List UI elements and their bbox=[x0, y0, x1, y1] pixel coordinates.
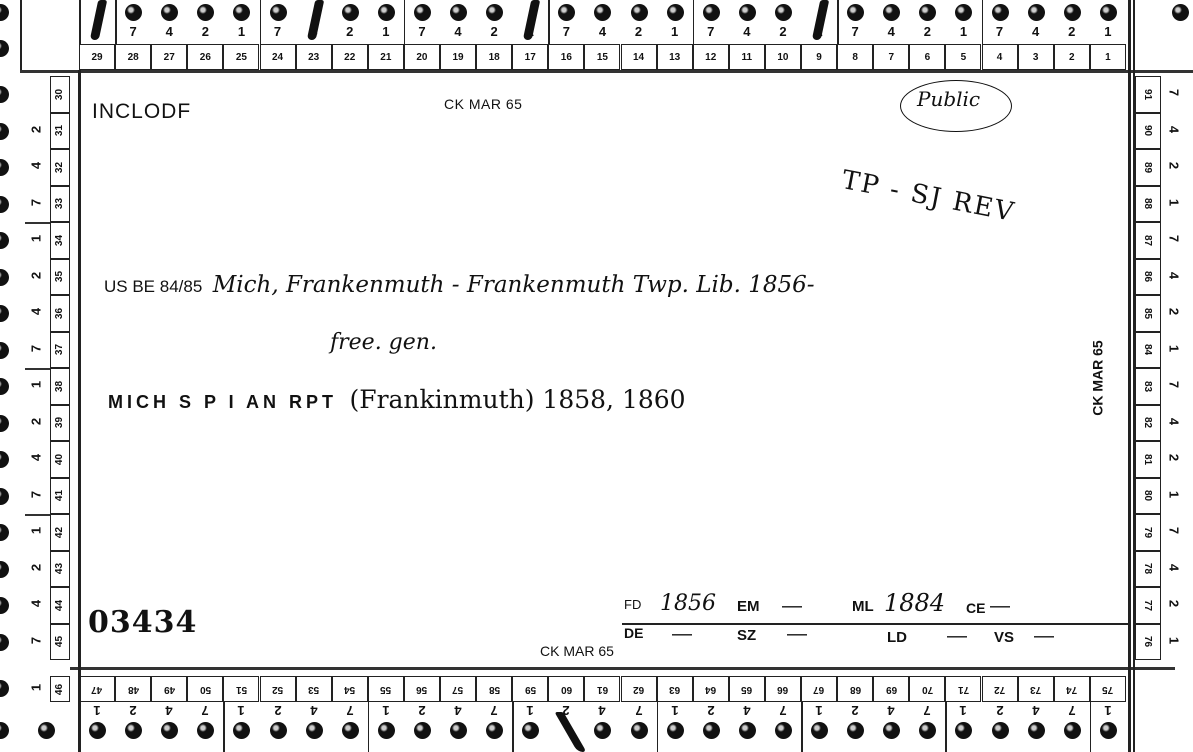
hole-code: 2 bbox=[1062, 24, 1082, 39]
column-number: 61 bbox=[597, 684, 608, 695]
punch-hole-icon bbox=[342, 722, 359, 739]
punch-hole-icon bbox=[919, 722, 936, 739]
hole-code: 1 bbox=[376, 24, 396, 39]
column-number-box: 49 bbox=[151, 676, 187, 702]
punch-hole-icon bbox=[378, 722, 395, 739]
group-divider bbox=[945, 702, 947, 752]
public-note: Public bbox=[900, 80, 1012, 132]
column-number-box: 23 bbox=[296, 44, 332, 70]
column-number-box: 58 bbox=[476, 676, 512, 702]
column-number-box: 29 bbox=[79, 44, 115, 70]
hole-code: 2 bbox=[701, 703, 721, 718]
column-number-box: 14 bbox=[621, 44, 657, 70]
punch-hole-icon bbox=[378, 4, 395, 21]
column-number: 69 bbox=[886, 684, 897, 695]
group-divider bbox=[693, 0, 695, 44]
entry-line-2: free. gen. bbox=[330, 330, 437, 355]
hole-code: 1 bbox=[1167, 338, 1182, 358]
column-number: 59 bbox=[525, 684, 536, 695]
hole-code: 1 bbox=[665, 24, 685, 39]
right-border-inner bbox=[1133, 0, 1135, 752]
column-number-box: 55 bbox=[368, 676, 404, 702]
public-note-text: Public bbox=[917, 87, 980, 111]
column-number-box: 69 bbox=[873, 676, 909, 702]
punch-hole-icon bbox=[342, 4, 359, 21]
column-number-box: 12 bbox=[693, 44, 729, 70]
hole-code: 4 bbox=[737, 703, 757, 718]
column-number-box: 73 bbox=[1018, 676, 1054, 702]
hole-code: 1 bbox=[1167, 192, 1182, 212]
punch-hole-icon bbox=[955, 722, 972, 739]
column-number: 44 bbox=[55, 600, 66, 611]
hole-code: 2 bbox=[29, 119, 44, 139]
punch-hole-icon bbox=[0, 305, 9, 322]
column-number-box: 90 bbox=[1135, 113, 1161, 150]
punch-hole-icon bbox=[486, 4, 503, 21]
column-number-box: 30 bbox=[50, 76, 70, 113]
punch-hole-icon bbox=[0, 86, 9, 103]
column-number-box: 41 bbox=[50, 478, 70, 515]
edge-line bbox=[20, 0, 22, 70]
column-number: 87 bbox=[1143, 235, 1154, 246]
hole-code: 4 bbox=[448, 703, 468, 718]
column-number-box: 47 bbox=[79, 676, 115, 702]
column-number: 74 bbox=[1066, 684, 1077, 695]
hole-code: 4 bbox=[1026, 703, 1046, 718]
column-number-box: 32 bbox=[50, 149, 70, 186]
column-number-box: 83 bbox=[1135, 368, 1161, 405]
hole-code: 2 bbox=[1167, 594, 1182, 614]
hole-code: 7 bbox=[1167, 375, 1182, 395]
hole-code: 7 bbox=[195, 703, 215, 718]
hole-code: 4 bbox=[1026, 24, 1046, 39]
hole-code: 2 bbox=[629, 24, 649, 39]
column-number: 60 bbox=[561, 684, 572, 695]
column-number: 90 bbox=[1143, 125, 1154, 136]
hole-code: 7 bbox=[1167, 83, 1182, 103]
hole-code: 7 bbox=[123, 24, 143, 39]
column-number: 77 bbox=[1143, 600, 1154, 611]
hole-code: 7 bbox=[1167, 521, 1182, 541]
group-divider bbox=[512, 702, 514, 752]
column-number-box: 45 bbox=[50, 624, 70, 661]
field-em-value: — bbox=[782, 595, 802, 618]
hole-code: 4 bbox=[592, 703, 612, 718]
column-number: 72 bbox=[994, 684, 1005, 695]
column-number-box: 62 bbox=[621, 676, 657, 702]
check-stamp-bottom: CK MAR 65 bbox=[540, 643, 614, 659]
column-number-box: 77 bbox=[1135, 587, 1161, 624]
punch-hole-icon bbox=[0, 488, 9, 505]
column-number: 84 bbox=[1143, 344, 1154, 355]
hole-code: 4 bbox=[304, 703, 324, 718]
column-number: 42 bbox=[55, 527, 66, 538]
column-number-box: 56 bbox=[404, 676, 440, 702]
punch-hole-icon bbox=[0, 561, 9, 578]
report-line-typed: MICH S P I AN RPT bbox=[108, 392, 337, 412]
punch-hole-icon bbox=[775, 4, 792, 21]
column-number: 71 bbox=[958, 684, 969, 695]
column-number: 51 bbox=[236, 684, 247, 695]
right-border bbox=[1128, 0, 1131, 752]
column-number-box: 76 bbox=[1135, 624, 1161, 661]
column-number: 85 bbox=[1143, 308, 1154, 319]
punch-hole-icon bbox=[38, 722, 55, 739]
hole-code: 7 bbox=[556, 24, 576, 39]
entry-line1-hand: Mich, Frankenmuth - Frankenmuth Twp. Lib… bbox=[213, 272, 815, 298]
column-number-box: 25 bbox=[223, 44, 259, 70]
column-number: 34 bbox=[55, 235, 66, 246]
column-number-box: 9 bbox=[801, 44, 837, 70]
column-number-box: 82 bbox=[1135, 405, 1161, 442]
hole-code: 4 bbox=[1167, 557, 1182, 577]
column-number-box: 21 bbox=[368, 44, 404, 70]
hole-code: 2 bbox=[29, 557, 44, 577]
column-number-box: 88 bbox=[1135, 186, 1161, 223]
hole-code: 2 bbox=[484, 24, 504, 39]
hole-code: 1 bbox=[29, 229, 44, 249]
column-number: 82 bbox=[1143, 417, 1154, 428]
column-number: 70 bbox=[922, 684, 933, 695]
column-number-box: 39 bbox=[50, 405, 70, 442]
group-divider bbox=[25, 222, 50, 224]
punch-hole-icon bbox=[0, 196, 9, 213]
hole-code: 4 bbox=[29, 448, 44, 468]
column-number: 43 bbox=[55, 563, 66, 574]
column-number-box: 79 bbox=[1135, 514, 1161, 551]
edge-hole-icon bbox=[1172, 4, 1189, 21]
column-number-box: 66 bbox=[765, 676, 801, 702]
hole-code: 4 bbox=[1167, 411, 1182, 431]
column-number: 89 bbox=[1143, 162, 1154, 173]
column-number: 57 bbox=[452, 684, 463, 695]
punch-hole-icon bbox=[0, 634, 9, 651]
punch-hole-icon bbox=[0, 342, 9, 359]
column-number-box: 67 bbox=[801, 676, 837, 702]
hole-code: 1 bbox=[953, 24, 973, 39]
hole-code: 1 bbox=[231, 703, 251, 718]
column-number-box: 13 bbox=[657, 44, 693, 70]
column-number-box: 34 bbox=[50, 222, 70, 259]
column-number-box: 42 bbox=[50, 514, 70, 551]
field-em-label: EM bbox=[737, 598, 760, 615]
hole-code: 1 bbox=[29, 375, 44, 395]
column-number: 35 bbox=[55, 271, 66, 282]
field-sz-value: — bbox=[787, 623, 807, 646]
column-number: 33 bbox=[55, 198, 66, 209]
column-number-box: 68 bbox=[837, 676, 873, 702]
column-number: 65 bbox=[741, 684, 752, 695]
field-vs-label: VS bbox=[994, 629, 1014, 646]
column-number: 46 bbox=[55, 683, 66, 694]
column-number-box: 74 bbox=[1054, 676, 1090, 702]
field-ld-value: — bbox=[947, 625, 967, 648]
top-border bbox=[20, 70, 1193, 73]
punch-hole-icon bbox=[775, 722, 792, 739]
punch-hole-icon bbox=[161, 722, 178, 739]
column-number: 39 bbox=[55, 417, 66, 428]
column-number: 58 bbox=[489, 684, 500, 695]
column-number-box: 7 bbox=[873, 44, 909, 70]
hole-code: 2 bbox=[1167, 156, 1182, 176]
column-number: 47 bbox=[91, 684, 102, 695]
column-number-box: 27 bbox=[151, 44, 187, 70]
punch-hole-icon bbox=[0, 269, 9, 286]
column-number-box: 35 bbox=[50, 259, 70, 296]
hole-code: 1 bbox=[87, 703, 107, 718]
column-number-box: 4 bbox=[982, 44, 1018, 70]
hole-code: 1 bbox=[29, 521, 44, 541]
column-number-box: 15 bbox=[584, 44, 620, 70]
punch-hole-icon bbox=[0, 378, 9, 395]
hole-code: 7 bbox=[29, 484, 44, 504]
hole-code: 7 bbox=[29, 192, 44, 212]
column-number: 32 bbox=[55, 162, 66, 173]
hole-code: 2 bbox=[412, 703, 432, 718]
punch-hole-icon bbox=[955, 4, 972, 21]
hole-code: 4 bbox=[1167, 265, 1182, 285]
column-number: 40 bbox=[55, 454, 66, 465]
punch-hole-icon bbox=[1028, 4, 1045, 21]
column-number: 31 bbox=[55, 125, 66, 136]
punch-hole-icon bbox=[450, 722, 467, 739]
field-fd-label: FD bbox=[624, 597, 641, 612]
hole-code: 2 bbox=[773, 24, 793, 39]
column-number-box: 57 bbox=[440, 676, 476, 702]
punch-hole-icon bbox=[847, 722, 864, 739]
column-number-box: 3 bbox=[1018, 44, 1054, 70]
hole-code: 4 bbox=[881, 703, 901, 718]
group-divider bbox=[260, 0, 262, 44]
punch-hole-icon bbox=[161, 4, 178, 21]
punch-hole-icon bbox=[0, 415, 9, 432]
group-divider bbox=[982, 0, 984, 44]
punch-hole-icon bbox=[919, 4, 936, 21]
check-stamp-side: CK MAR 65 bbox=[1090, 340, 1106, 415]
left-border bbox=[78, 70, 81, 752]
report-line: MICH S P I AN RPT (Frankinmuth) 1858, 18… bbox=[108, 385, 686, 414]
column-number-box: 80 bbox=[1135, 478, 1161, 515]
hole-code: 7 bbox=[340, 703, 360, 718]
column-number-box: 50 bbox=[187, 676, 223, 702]
punch-hole-icon bbox=[667, 722, 684, 739]
hole-code: 7 bbox=[917, 703, 937, 718]
edge-hole-icon bbox=[0, 4, 9, 21]
field-ld-label: LD bbox=[887, 629, 907, 646]
hole-code: 7 bbox=[990, 24, 1010, 39]
hole-code: 2 bbox=[195, 24, 215, 39]
bottom-border bbox=[70, 667, 1175, 670]
hole-code: 1 bbox=[809, 24, 829, 39]
punch-hole-icon bbox=[89, 722, 106, 739]
column-number-box: 8 bbox=[837, 44, 873, 70]
column-number-box: 85 bbox=[1135, 295, 1161, 332]
edge-hole-icon bbox=[0, 40, 9, 57]
column-number-box: 36 bbox=[50, 295, 70, 332]
hole-code: 2 bbox=[340, 24, 360, 39]
hole-code: 1 bbox=[1098, 703, 1118, 718]
column-number-box: 87 bbox=[1135, 222, 1161, 259]
column-number-box: 33 bbox=[50, 186, 70, 223]
column-number: 78 bbox=[1143, 563, 1154, 574]
hole-code: 4 bbox=[1167, 119, 1182, 139]
hole-code: 2 bbox=[1167, 302, 1182, 322]
hole-code: 4 bbox=[29, 594, 44, 614]
hole-code: 1 bbox=[1167, 630, 1182, 650]
column-number-box: 37 bbox=[50, 332, 70, 369]
column-number-box: 64 bbox=[693, 676, 729, 702]
column-number-box: 89 bbox=[1135, 149, 1161, 186]
column-number: 73 bbox=[1030, 684, 1041, 695]
column-number-box: 11 bbox=[729, 44, 765, 70]
hole-code: 1 bbox=[953, 703, 973, 718]
column-number: 81 bbox=[1143, 454, 1154, 465]
punch-hole-icon bbox=[1064, 4, 1081, 21]
hole-code: 1 bbox=[376, 703, 396, 718]
group-divider bbox=[115, 0, 117, 44]
punch-hole-icon bbox=[0, 524, 9, 541]
group-divider bbox=[25, 368, 50, 370]
column-number: 45 bbox=[55, 636, 66, 647]
group-divider bbox=[223, 702, 225, 752]
hole-code: 4 bbox=[159, 24, 179, 39]
group-divider bbox=[368, 702, 370, 752]
punch-hole-icon bbox=[0, 232, 9, 249]
hole-code: 1 bbox=[665, 703, 685, 718]
punch-hole-icon bbox=[270, 722, 287, 739]
punch-hole-icon bbox=[414, 4, 431, 21]
punch-hole-icon bbox=[125, 4, 142, 21]
punch-hole-icon bbox=[811, 722, 828, 739]
punch-hole-icon bbox=[0, 123, 9, 140]
group-divider bbox=[837, 0, 839, 44]
column-number: 54 bbox=[344, 684, 355, 695]
punch-hole-icon bbox=[883, 722, 900, 739]
column-number-box: 2 bbox=[1054, 44, 1090, 70]
column-number-box: 1 bbox=[1090, 44, 1126, 70]
column-number: 50 bbox=[200, 684, 211, 695]
hole-code: 4 bbox=[29, 302, 44, 322]
fields-area: FD 1856 EM — ML 1884 CE — DE — SZ — LD —… bbox=[622, 595, 1122, 655]
column-number: 83 bbox=[1143, 381, 1154, 392]
field-fd-value: 1856 bbox=[660, 591, 716, 616]
column-number-box: 65 bbox=[729, 676, 765, 702]
column-number-box: 61 bbox=[584, 676, 620, 702]
punch-hole-icon bbox=[197, 722, 214, 739]
punch-hole-icon bbox=[667, 4, 684, 21]
column-number: 52 bbox=[272, 684, 283, 695]
punch-hole-icon bbox=[0, 159, 9, 176]
column-number-box: 46 bbox=[50, 676, 70, 702]
hole-code: 2 bbox=[29, 265, 44, 285]
column-number: 53 bbox=[308, 684, 319, 695]
column-number-box: 63 bbox=[657, 676, 693, 702]
hole-code: 1 bbox=[520, 703, 540, 718]
column-number-box: 20 bbox=[404, 44, 440, 70]
punch-hole-icon bbox=[125, 722, 142, 739]
column-number-box: 18 bbox=[476, 44, 512, 70]
hole-code: 7 bbox=[29, 630, 44, 650]
hole-code: 4 bbox=[592, 24, 612, 39]
punch-hole-icon bbox=[739, 4, 756, 21]
column-number-box: 78 bbox=[1135, 551, 1161, 588]
column-number-box: 6 bbox=[909, 44, 945, 70]
punch-hole-icon bbox=[703, 722, 720, 739]
field-de-label: DE bbox=[624, 625, 643, 641]
punch-hole-icon bbox=[0, 597, 9, 614]
column-number-box: 75 bbox=[1090, 676, 1126, 702]
hole-code: 1 bbox=[1167, 484, 1182, 504]
column-number-box: 52 bbox=[260, 676, 296, 702]
column-number-box: 17 bbox=[512, 44, 548, 70]
group-divider bbox=[548, 0, 550, 44]
check-stamp-top: CK MAR 65 bbox=[444, 96, 522, 112]
punch-hole-icon bbox=[233, 722, 250, 739]
column-number-box: 81 bbox=[1135, 441, 1161, 478]
punch-hole-icon bbox=[270, 4, 287, 21]
hole-code: 2 bbox=[1167, 448, 1182, 468]
notched-hole-icon bbox=[555, 712, 587, 752]
group-divider bbox=[25, 514, 50, 516]
group-divider bbox=[801, 702, 803, 752]
column-number: 30 bbox=[55, 89, 66, 100]
hole-code: 4 bbox=[29, 156, 44, 176]
group-divider bbox=[404, 0, 406, 44]
hole-code: 7 bbox=[412, 24, 432, 39]
column-number: 49 bbox=[164, 684, 175, 695]
hole-code: 7 bbox=[845, 24, 865, 39]
notched-hole-icon bbox=[90, 0, 108, 40]
entry-line1-typed: US BE 84/85 bbox=[104, 277, 202, 296]
column-number-box: 16 bbox=[548, 44, 584, 70]
column-number: 56 bbox=[416, 684, 427, 695]
punch-hole-icon bbox=[1064, 722, 1081, 739]
punch-hole-icon bbox=[0, 680, 9, 697]
punch-hole-icon bbox=[306, 722, 323, 739]
field-sz-label: SZ bbox=[737, 627, 756, 644]
column-number-box: 54 bbox=[332, 676, 368, 702]
hole-code: 2 bbox=[29, 411, 44, 431]
field-ce-label: CE bbox=[966, 600, 985, 616]
hole-code: 4 bbox=[304, 24, 324, 39]
column-number: 64 bbox=[705, 684, 716, 695]
column-number-box: 86 bbox=[1135, 259, 1161, 296]
field-de-value: — bbox=[672, 623, 692, 646]
punch-hole-icon bbox=[992, 722, 1009, 739]
punch-hole-icon bbox=[992, 4, 1009, 21]
punch-hole-icon bbox=[1100, 4, 1117, 21]
punch-hole-icon bbox=[739, 722, 756, 739]
column-number-box: 24 bbox=[260, 44, 296, 70]
field-vs-value: — bbox=[1034, 625, 1054, 648]
hole-code: 1 bbox=[1098, 24, 1118, 39]
punch-hole-icon bbox=[631, 722, 648, 739]
column-number-box: 10 bbox=[765, 44, 801, 70]
column-number: 79 bbox=[1143, 527, 1154, 538]
punch-hole-icon bbox=[0, 722, 9, 739]
entry-line-1: US BE 84/85 Mich, Frankenmuth - Frankenm… bbox=[104, 272, 815, 298]
column-number: 62 bbox=[633, 684, 644, 695]
field-ml-value: 1884 bbox=[884, 589, 945, 617]
column-number: 88 bbox=[1143, 198, 1154, 209]
column-number: 86 bbox=[1143, 271, 1154, 282]
column-number: 48 bbox=[128, 684, 139, 695]
punch-hole-icon bbox=[631, 4, 648, 21]
column-number-box: 26 bbox=[187, 44, 223, 70]
hole-code: 7 bbox=[629, 703, 649, 718]
hole-code: 2 bbox=[917, 24, 937, 39]
hole-code: 7 bbox=[701, 24, 721, 39]
